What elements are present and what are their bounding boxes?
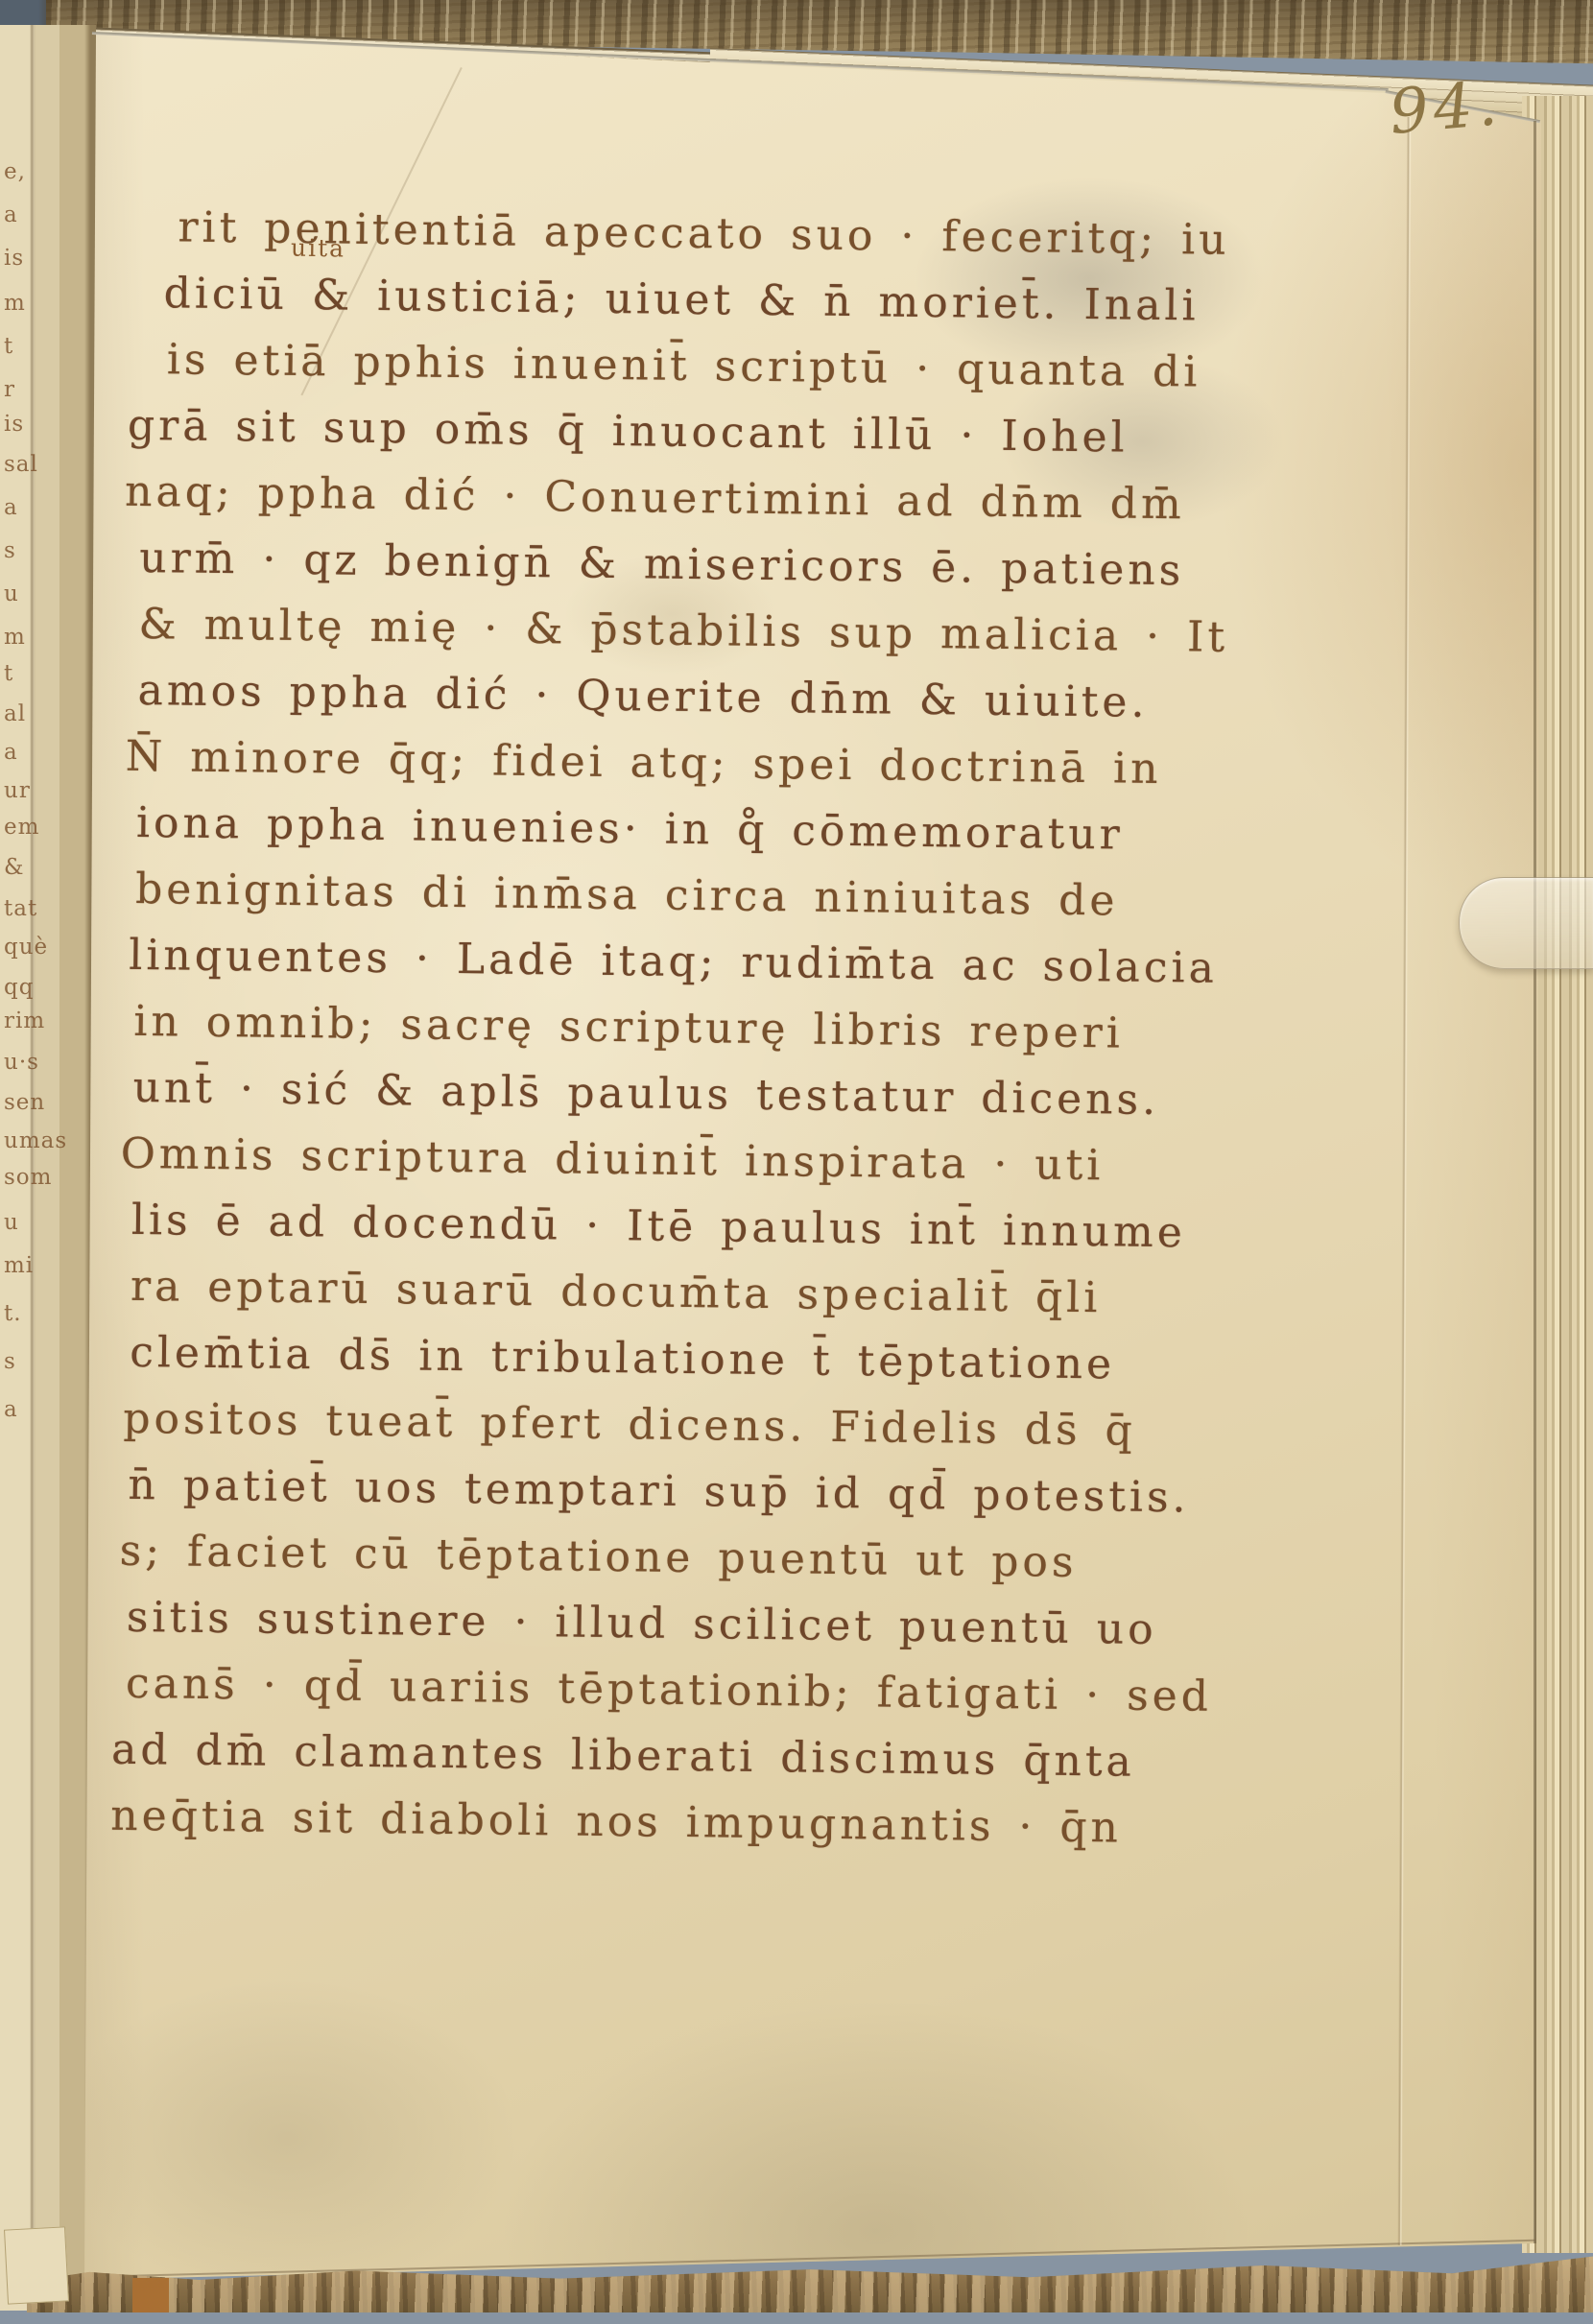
margin-fragment: & [4, 855, 24, 880]
margin-fragment: is [4, 412, 24, 437]
binding-chip [132, 2278, 169, 2312]
margin-fragment: mi [4, 1253, 34, 1278]
margin-fragment: sen [4, 1090, 45, 1115]
margin-fragment: a [4, 740, 18, 765]
margin-fragment: som [4, 1165, 52, 1190]
margin-fragment: u·s [4, 1050, 39, 1075]
margin-fragment: m [4, 291, 26, 316]
margin-fragment: t [4, 661, 13, 686]
margin-fragment: al [4, 701, 26, 726]
margin-fragment: umas [4, 1128, 67, 1153]
margin-fragment: t. [4, 1301, 22, 1326]
text-block: rit penitentiā apeccato suo · feceritq; … [124, 194, 1315, 1863]
margin-fragment: is [4, 246, 24, 271]
under-page-corner [4, 2226, 69, 2304]
margin-fragment: què [4, 935, 48, 960]
margin-fragment: s [4, 538, 16, 563]
margin-fragment: sal [4, 452, 38, 477]
folio-number: 94. [1387, 68, 1505, 149]
page-right-edge [1534, 121, 1536, 2243]
margin-fragment: a [4, 202, 18, 227]
margin-fragment: tat [4, 896, 37, 921]
facing-page-gutter-strip: e,aismtrissalasumtalaurem&tatquèqqrimu·s… [0, 25, 96, 2311]
margin-fragment: e, [4, 159, 26, 184]
margin-fragment: em [4, 815, 39, 840]
margin-fragment: a [4, 1397, 18, 1422]
margin-fragment: ur [4, 778, 31, 803]
margin-fragment: s [4, 1349, 16, 1374]
margin-fragment: a [4, 495, 18, 520]
margin-fragment: r [4, 377, 15, 402]
margin-fragment: rim [4, 1008, 45, 1033]
margin-fragment: t [4, 334, 13, 359]
margin-fragment: m [4, 625, 26, 650]
page-marker-tab [1459, 877, 1593, 969]
margin-fragment: u [4, 1210, 19, 1235]
margin-fragment: qq [4, 975, 34, 1000]
margin-fragment: u [4, 581, 19, 606]
